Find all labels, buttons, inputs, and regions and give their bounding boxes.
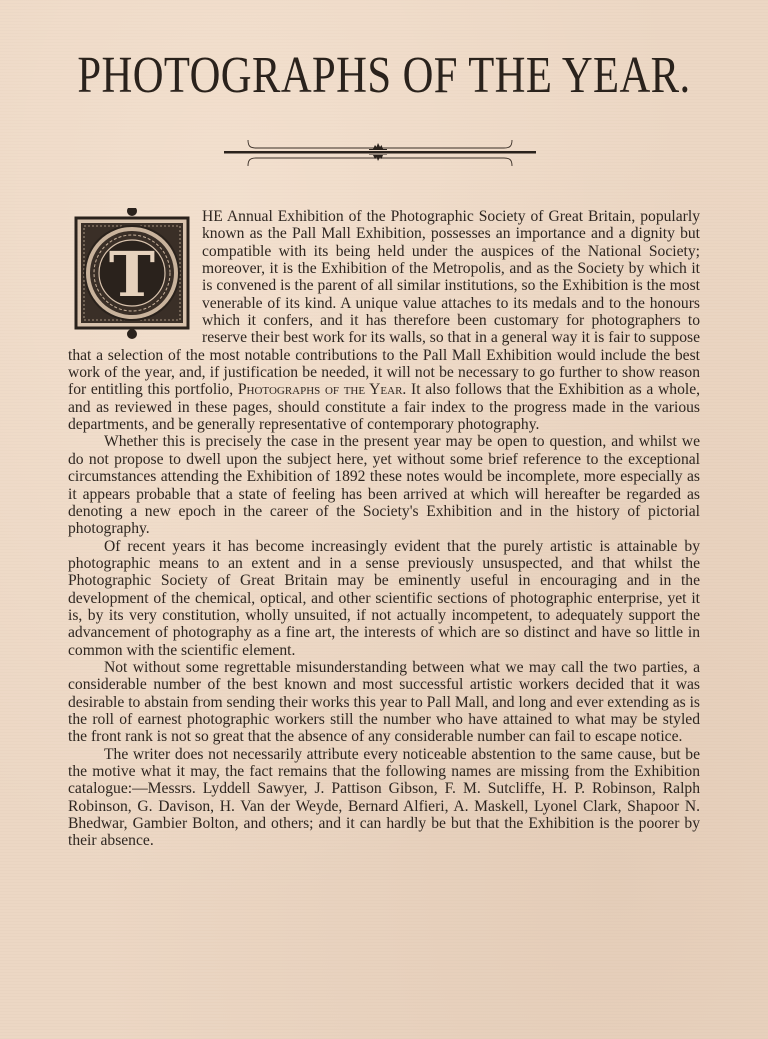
svg-text:T: T — [109, 238, 155, 311]
document-page: PHOTOGRAPHS OF THE YEAR. T HE Annual Exh… — [0, 0, 768, 1039]
double-rule-with-star-ornament-icon — [212, 134, 548, 172]
paragraph-3: Of recent years it has become increasing… — [68, 538, 700, 659]
paragraph-2: Whether this is precisely the case in th… — [68, 433, 700, 537]
page-title: PHOTOGRAPHS OF THE YEAR. — [69, 50, 699, 102]
paragraph-5: The writer does not necessarily attribut… — [68, 746, 700, 850]
portfolio-title-smallcaps: Photographs of the Year. — [238, 381, 406, 398]
ornate-drop-cap-t-icon: T — [68, 208, 196, 340]
paragraph-4: Not without some regrettable misundersta… — [68, 659, 700, 746]
article-body: T HE Annual Exhibition of the Photograph… — [68, 208, 700, 850]
